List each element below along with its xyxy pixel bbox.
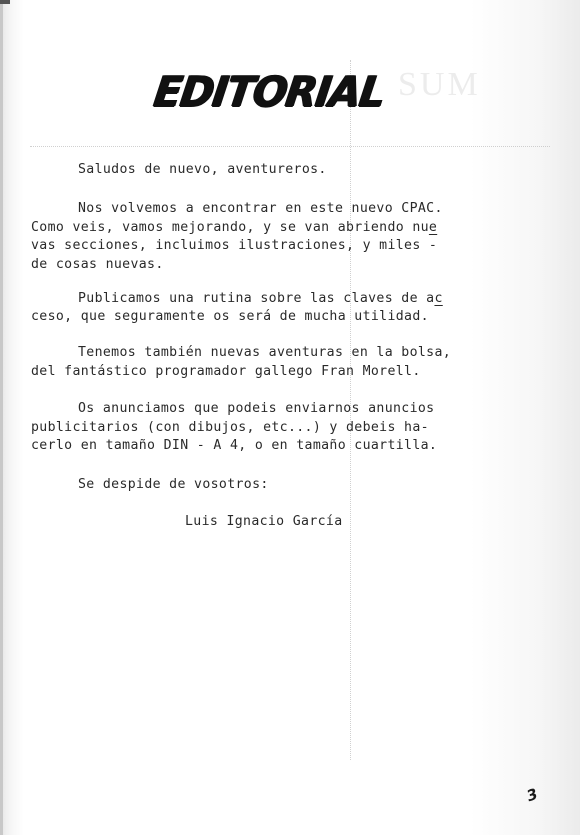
paragraph-1-line-2: Como veis, vamos mejorando, y se van abr… — [31, 220, 437, 235]
paragraph-1-line-4: de cosas nuevas. — [31, 257, 164, 272]
document-page: SUM EDITORIAL Saludos de nuevo, aventure… — [0, 0, 580, 835]
closing-line: Se despide de vosotros: — [78, 477, 269, 492]
editorial-body: Saludos de nuevo, aventureros. Nos volve… — [0, 0, 33, 315]
paragraph-4-line-3: cerlo en tamaño DIN - A 4, o en tamaño c… — [31, 438, 437, 453]
paragraph-1-line-2-text: Como veis, vamos mejorando, y se van abr… — [31, 220, 429, 235]
paragraph-4-line-2: publicitarios (con dibujos, etc...) y de… — [31, 420, 429, 435]
paragraph-1-line-3: vas secciones, incluimos ilustraciones, … — [31, 238, 437, 253]
paragraph-3-line-2: del fantástico programador gallego Fran … — [31, 364, 421, 379]
page-number: 3 — [524, 785, 540, 805]
dotted-rule — [30, 146, 550, 147]
underlined-hyphen-char: c — [434, 291, 442, 306]
paragraph-2-line-1-text: Publicamos una rutina sobre las claves d… — [78, 291, 434, 306]
underlined-hyphen-char: e — [429, 220, 437, 235]
paragraph-2-line-1: Publicamos una rutina sobre las claves d… — [78, 291, 443, 306]
paragraph-1-line-1: Nos volvemos a encontrar en este nuevo C… — [78, 201, 443, 216]
signature: Luis Ignacio García — [185, 514, 343, 529]
editorial-title: EDITORIAL — [151, 68, 388, 116]
bleed-through-heading: SUM — [398, 66, 481, 104]
paragraph-3-line-1: Tenemos también nuevas aventuras en la b… — [78, 345, 451, 360]
paragraph-2-line-2: ceso, que seguramente os será de mucha u… — [31, 309, 429, 324]
paragraph-4-line-1: Os anunciamos que podeis enviarnos anunc… — [78, 401, 434, 416]
greeting-line: Saludos de nuevo, aventureros. — [78, 162, 327, 177]
